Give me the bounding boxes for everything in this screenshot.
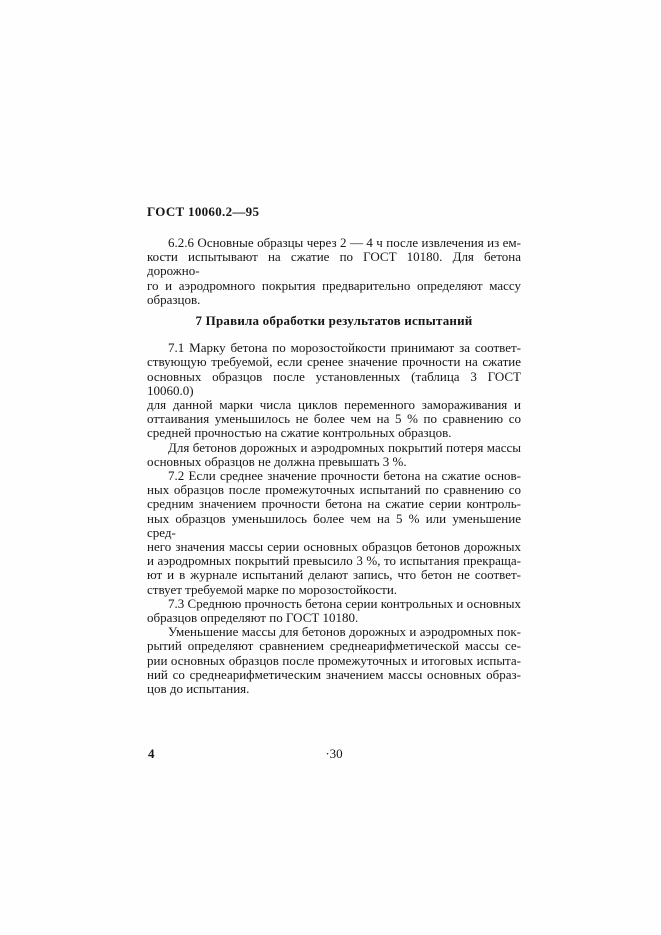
text-line: Для бетонов дорожных и аэродромных покры… — [147, 441, 521, 455]
text-line: для данной марки числа циклов переменног… — [147, 398, 521, 412]
clause-7-1-note: Для бетонов дорожных и аэродромных покры… — [147, 441, 521, 469]
text-line: рии основных образцов после промежуточны… — [147, 654, 521, 668]
doc-body: 6.2.6 Основные образцы через 2 — 4 ч пос… — [147, 236, 521, 696]
text-line: ствует требуемой марке по морозостойкост… — [147, 583, 521, 597]
text-line: цов до испытания. — [147, 682, 521, 696]
text-line: средней прочностью на сжатие контрольных… — [147, 426, 521, 440]
text-line: Уменьшение массы для бетонов дорожных и … — [147, 625, 521, 639]
text-line: ют и в журнале испытаний делают запись, … — [147, 568, 521, 582]
text-line: го и аэродромного покрытия предварительн… — [147, 279, 521, 293]
doc-number-header: ГОСТ 10060.2—95 — [147, 204, 259, 220]
doc-footer: 4 ·30 — [147, 746, 521, 762]
text-line: ных образцов уменьшилось более чем на 5 … — [147, 512, 521, 540]
text-line: 7.1 Марку бетона по морозостойкости прин… — [147, 341, 521, 355]
text-line: 7.3 Среднюю прочность бетона серии контр… — [147, 597, 521, 611]
text-line: образцов. — [147, 293, 521, 307]
text-line: 7 Правила обработки результатов испытани… — [147, 314, 521, 328]
clause-6-2-6: 6.2.6 Основные образцы через 2 — 4 ч пос… — [147, 236, 521, 307]
text-line: средним значением прочности бетона на сж… — [147, 497, 521, 511]
text-line: рытий определяют сравнением среднеарифме… — [147, 639, 521, 653]
text-line: основных образцов не должна превышать 3 … — [147, 455, 521, 469]
document-page: ГОСТ 10060.2—95 6.2.6 Основные образцы ч… — [0, 0, 661, 935]
clause-7-1: 7.1 Марку бетона по морозостойкости прин… — [147, 341, 521, 440]
text-line: кости испытывают на сжатие по ГОСТ 10180… — [147, 250, 521, 278]
clause-7-3-note: Уменьшение массы для бетонов дорожных и … — [147, 625, 521, 696]
text-line: образцов определяют по ГОСТ 10180. — [147, 611, 521, 625]
text-line: 7.2 Если среднее значение прочности бето… — [147, 469, 521, 483]
text-line: него значения массы серии основных образ… — [147, 540, 521, 554]
text-line: основных образцов после установленных (т… — [147, 370, 521, 398]
text-line: 6.2.6 Основные образцы через 2 — 4 ч пос… — [147, 236, 521, 250]
section-7-heading: 7 Правила обработки результатов испытани… — [147, 314, 521, 328]
clause-7-3: 7.3 Среднюю прочность бетона серии контр… — [147, 597, 521, 625]
text-line: ствующую требуемой, если сренее значение… — [147, 355, 521, 369]
text-line: ний со среднеарифметическим значением ма… — [147, 668, 521, 682]
text-line: ных образцов после промежуточных испытан… — [147, 483, 521, 497]
clause-7-2: 7.2 Если среднее значение прочности бето… — [147, 469, 521, 597]
text-line: и аэродромных покрытий превысило 3 %, то… — [147, 554, 521, 568]
text-line: оттаивания уменьшилось не более чем на 5… — [147, 412, 521, 426]
page-number-center: ·30 — [147, 746, 521, 762]
page-number-left: 4 — [148, 746, 155, 762]
